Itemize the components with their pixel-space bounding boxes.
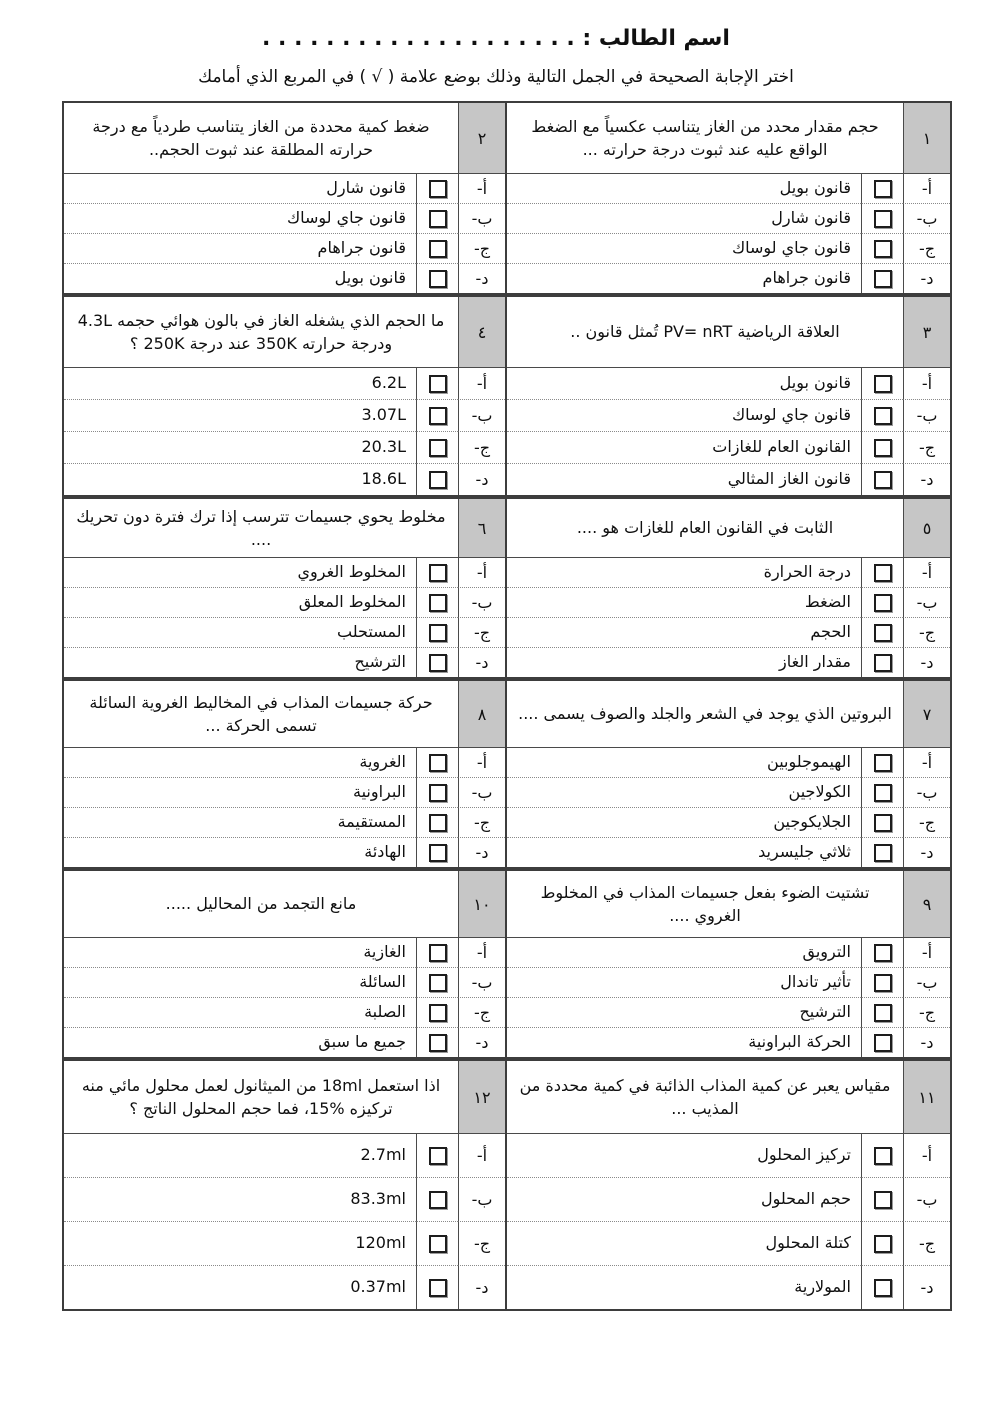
question-text: مقياس يعبر عن كمية المذاب الذائبة في كمي… — [507, 1061, 903, 1134]
option-letter: د- — [903, 837, 950, 867]
checkbox-cell — [416, 967, 458, 997]
option-letter: د- — [458, 463, 505, 495]
option-text: الترويق — [507, 938, 861, 967]
option-row: ب- البراونية — [64, 777, 505, 807]
option-text: 3.07L — [64, 399, 416, 431]
question-header-row: ١١ مقياس يعبر عن كمية المذاب الذائبة في … — [507, 1061, 950, 1134]
option-letter: أ- — [458, 938, 505, 967]
answer-checkbox[interactable] — [429, 944, 447, 962]
checkbox-cell — [861, 203, 903, 233]
option-row: أ- الترويق — [507, 938, 950, 967]
answer-checkbox[interactable] — [874, 1147, 892, 1165]
answer-checkbox[interactable] — [874, 180, 892, 198]
checkbox-cell — [861, 558, 903, 587]
option-text: كتلة المحلول — [507, 1221, 861, 1265]
option-row: أ- المخلوط الغروي — [64, 558, 505, 587]
question-header-row: ٨ حركة جسيمات المذاب في المخاليط الغروية… — [64, 681, 505, 748]
question-number: ٢ — [458, 103, 505, 174]
question-text: الثابت في القانون العام للغازات هو .... — [507, 499, 903, 558]
answer-checkbox[interactable] — [429, 594, 447, 612]
option-letter: ب- — [903, 1177, 950, 1221]
answer-checkbox[interactable] — [874, 1279, 892, 1297]
option-text: الغازية — [64, 938, 416, 967]
option-row: ب- الكولاجين — [507, 777, 950, 807]
option-letter: د- — [458, 837, 505, 867]
option-row: د- قانون بويل — [64, 263, 505, 293]
option-text: درجة الحرارة — [507, 558, 861, 587]
option-text: قانون بويل — [507, 368, 861, 399]
option-row: ج- 20.3L — [64, 431, 505, 463]
answer-checkbox[interactable] — [874, 974, 892, 992]
option-row: ج- الجلايكوجين — [507, 807, 950, 837]
instruction-text: اختر الإجابة الصحيحة في الجمل التالية وذ… — [0, 67, 992, 87]
question-header-row: ٥ الثابت في القانون العام للغازات هو ...… — [507, 499, 950, 558]
answer-checkbox[interactable] — [429, 784, 447, 802]
option-letter: ب- — [903, 777, 950, 807]
answer-checkbox[interactable] — [429, 754, 447, 772]
answer-checkbox[interactable] — [874, 844, 892, 862]
checkbox-cell — [861, 1221, 903, 1265]
checkbox-cell — [861, 174, 903, 203]
option-row: د- 0.37ml — [64, 1265, 505, 1309]
option-text: تأثير تاندال — [507, 967, 861, 997]
answer-checkbox[interactable] — [429, 1235, 447, 1253]
option-row: أ- الغازية — [64, 938, 505, 967]
option-row: ج- الصلبة — [64, 997, 505, 1027]
option-letter: د- — [458, 647, 505, 677]
checkbox-cell — [416, 997, 458, 1027]
option-letter: ب- — [903, 203, 950, 233]
checkbox-cell — [861, 617, 903, 647]
option-letter: ج- — [458, 1221, 505, 1265]
option-text: 120ml — [64, 1221, 416, 1265]
question-text: ضغط كمية محددة من الغاز يتناسب طردياً مع… — [64, 103, 458, 174]
question-header-row: ٧ البروتين الذي يوجد في الشعر والجلد وال… — [507, 681, 950, 748]
question-text: تشتيت الضوء بفعل جسيمات المذاب في المخلو… — [507, 871, 903, 938]
option-row: ج- قانون جراهام — [64, 233, 505, 263]
checkbox-cell — [416, 748, 458, 777]
option-row: أ- تركيز المحلول — [507, 1134, 950, 1177]
option-row: د- 18.6L — [64, 463, 505, 495]
option-letter: ج- — [903, 617, 950, 647]
question-number: ٩ — [903, 871, 950, 938]
question-block-2: ٢ ضغط كمية محددة من الغاز يتناسب طردياً … — [62, 101, 506, 295]
question-block-9: ٩ تشتيت الضوء بفعل جسيمات المذاب في المخ… — [506, 869, 952, 1059]
option-letter: ج- — [903, 807, 950, 837]
option-row: ج- كتلة المحلول — [507, 1221, 950, 1265]
option-text: الضغط — [507, 587, 861, 617]
answer-checkbox[interactable] — [874, 375, 892, 393]
option-text: المخلوط الغروي — [64, 558, 416, 587]
checkbox-cell — [861, 807, 903, 837]
checkbox-cell — [416, 368, 458, 399]
option-text: قانون بويل — [64, 263, 416, 293]
option-text: البراونية — [64, 777, 416, 807]
answer-checkbox[interactable] — [874, 439, 892, 457]
answer-checkbox[interactable] — [429, 844, 447, 862]
checkbox-cell — [416, 1221, 458, 1265]
question-number: ٣ — [903, 297, 950, 368]
option-text: جميع ما سبق — [64, 1027, 416, 1057]
questions-table: ١ حجم مقدار محدد من الغاز يتناسب عكسياً … — [62, 101, 952, 1311]
question-header-row: ٤ ما الحجم الذي يشغله الغاز في بالون هوا… — [64, 297, 505, 368]
option-text: 18.6L — [64, 463, 416, 495]
question-text: حركة جسيمات المذاب في المخاليط الغروية ا… — [64, 681, 458, 748]
answer-checkbox[interactable] — [429, 814, 447, 832]
question-block-7: ٧ البروتين الذي يوجد في الشعر والجلد وال… — [506, 679, 952, 869]
option-text: حجم المحلول — [507, 1177, 861, 1221]
answer-checkbox[interactable] — [429, 1191, 447, 1209]
option-row: ب- قانون شارل — [507, 203, 950, 233]
option-row: د- مقدار الغاز — [507, 647, 950, 677]
answer-checkbox[interactable] — [429, 375, 447, 393]
option-row: ج- 120ml — [64, 1221, 505, 1265]
option-letter: أ- — [903, 368, 950, 399]
option-letter: أ- — [903, 748, 950, 777]
option-letter: د- — [458, 1027, 505, 1057]
option-row: ب- 83.3ml — [64, 1177, 505, 1221]
option-letter: ج- — [458, 997, 505, 1027]
answer-checkbox[interactable] — [429, 564, 447, 582]
answer-checkbox[interactable] — [874, 1004, 892, 1022]
answer-checkbox[interactable] — [429, 624, 447, 642]
checkbox-cell — [861, 263, 903, 293]
option-text: الجلايكوجين — [507, 807, 861, 837]
question-header-row: ١٠ مانع التجمد من المحاليل ..... — [64, 871, 505, 938]
checkbox-cell — [861, 748, 903, 777]
checkbox-cell — [416, 1177, 458, 1221]
option-row: ج- المستقيمة — [64, 807, 505, 837]
option-row: د- جميع ما سبق — [64, 1027, 505, 1057]
option-letter: د- — [903, 1027, 950, 1057]
checkbox-cell — [861, 431, 903, 463]
checkbox-cell — [416, 399, 458, 431]
option-row: أ- قانون بويل — [507, 174, 950, 203]
option-letter: ب- — [458, 399, 505, 431]
question-block-6: ٦ مخلوط يحوي جسيمات تترسب إذا ترك فترة د… — [62, 497, 506, 679]
option-letter: ج- — [458, 617, 505, 647]
option-text: الحركة البراونية — [507, 1027, 861, 1057]
answer-checkbox[interactable] — [874, 754, 892, 772]
question-number: ١٠ — [458, 871, 505, 938]
option-text: المستحلب — [64, 617, 416, 647]
option-row: د- قانون الغاز المثالي — [507, 463, 950, 495]
option-letter: أ- — [903, 174, 950, 203]
option-row: ج- الترشيح — [507, 997, 950, 1027]
question-block-3: ٣ العلاقة الرياضية PV= nRT تُمثل قانون .… — [506, 295, 952, 497]
question-text: البروتين الذي يوجد في الشعر والجلد والصو… — [507, 681, 903, 748]
question-number: ١ — [903, 103, 950, 174]
option-text: قانون شارل — [64, 174, 416, 203]
answer-checkbox[interactable] — [874, 784, 892, 802]
option-row: ب- الضغط — [507, 587, 950, 617]
answer-checkbox[interactable] — [874, 270, 892, 288]
question-header-row: ١٢ اذا استعمل 18ml من الميثانول لعمل محل… — [64, 1061, 505, 1134]
question-number: ٤ — [458, 297, 505, 368]
option-row: ج- المستحلب — [64, 617, 505, 647]
answer-checkbox[interactable] — [429, 439, 447, 457]
option-row: د- الترشيح — [64, 647, 505, 677]
answer-checkbox[interactable] — [429, 1034, 447, 1052]
option-letter: ج- — [458, 431, 505, 463]
question-block-11: ١١ مقياس يعبر عن كمية المذاب الذائبة في … — [506, 1059, 952, 1311]
answer-checkbox[interactable] — [874, 1034, 892, 1052]
checkbox-cell — [861, 997, 903, 1027]
checkbox-cell — [416, 647, 458, 677]
option-letter: ب- — [903, 967, 950, 997]
option-letter: أ- — [903, 1134, 950, 1177]
checkbox-cell — [861, 587, 903, 617]
option-text: الصلبة — [64, 997, 416, 1027]
option-text: قانون جراهام — [507, 263, 861, 293]
option-text: مقدار الغاز — [507, 647, 861, 677]
question-text: اذا استعمل 18ml من الميثانول لعمل محلول … — [64, 1061, 458, 1134]
answer-checkbox[interactable] — [429, 407, 447, 425]
checkbox-cell — [861, 368, 903, 399]
option-row: ب- قانون جاي لوساك — [507, 399, 950, 431]
option-letter: أ- — [903, 558, 950, 587]
option-text: قانون جراهام — [64, 233, 416, 263]
option-letter: ب- — [903, 587, 950, 617]
checkbox-cell — [861, 233, 903, 263]
checkbox-cell — [861, 938, 903, 967]
option-row: ب- تأثير تاندال — [507, 967, 950, 997]
checkbox-cell — [416, 174, 458, 203]
option-letter: ب- — [458, 1177, 505, 1221]
option-letter: أ- — [458, 368, 505, 399]
option-text: المولارية — [507, 1265, 861, 1309]
option-text: تركيز المحلول — [507, 1134, 861, 1177]
answer-checkbox[interactable] — [429, 654, 447, 672]
option-letter: د- — [458, 263, 505, 293]
answer-checkbox[interactable] — [874, 1235, 892, 1253]
checkbox-cell — [861, 1265, 903, 1309]
question-header-row: ١ حجم مقدار محدد من الغاز يتناسب عكسياً … — [507, 103, 950, 174]
question-number: ٥ — [903, 499, 950, 558]
option-letter: ج- — [903, 997, 950, 1027]
checkbox-cell — [861, 647, 903, 677]
question-header-row: ٦ مخلوط يحوي جسيمات تترسب إذا ترك فترة د… — [64, 499, 505, 558]
option-row: ج- قانون جاي لوساك — [507, 233, 950, 263]
option-text: 0.37ml — [64, 1265, 416, 1309]
option-text: قانون شارل — [507, 203, 861, 233]
option-text: 20.3L — [64, 431, 416, 463]
question-header-row: ٩ تشتيت الضوء بفعل جسيمات المذاب في المخ… — [507, 871, 950, 938]
question-block-5: ٥ الثابت في القانون العام للغازات هو ...… — [506, 497, 952, 679]
checkbox-cell — [416, 203, 458, 233]
checkbox-cell — [416, 777, 458, 807]
option-letter: أ- — [458, 1134, 505, 1177]
answer-checkbox[interactable] — [874, 210, 892, 228]
option-text: الهيموجلوبين — [507, 748, 861, 777]
option-letter: أ- — [458, 748, 505, 777]
question-text: مانع التجمد من المحاليل ..... — [64, 871, 458, 938]
checkbox-cell — [416, 617, 458, 647]
checkbox-cell — [416, 431, 458, 463]
checkbox-cell — [861, 1177, 903, 1221]
option-row: د- المولارية — [507, 1265, 950, 1309]
option-text: قانون جاي لوساك — [64, 203, 416, 233]
checkbox-cell — [416, 558, 458, 587]
question-number: ٦ — [458, 499, 505, 558]
option-letter: ج- — [903, 233, 950, 263]
option-text: الكولاجين — [507, 777, 861, 807]
checkbox-cell — [416, 807, 458, 837]
question-text: ما الحجم الذي يشغله الغاز في بالون هوائي… — [64, 297, 458, 368]
question-text: العلاقة الرياضية PV= nRT تُمثل قانون .. — [507, 297, 903, 368]
checkbox-cell — [416, 837, 458, 867]
option-text: قانون جاي لوساك — [507, 399, 861, 431]
option-letter: د- — [903, 463, 950, 495]
checkbox-cell — [416, 233, 458, 263]
option-text: الهادئة — [64, 837, 416, 867]
option-row: ب- 3.07L — [64, 399, 505, 431]
option-text: قانون الغاز المثالي — [507, 463, 861, 495]
question-header-row: ٣ العلاقة الرياضية PV= nRT تُمثل قانون .… — [507, 297, 950, 368]
question-block-8: ٨ حركة جسيمات المذاب في المخاليط الغروية… — [62, 679, 506, 869]
question-block-10: ١٠ مانع التجمد من المحاليل ..... أ- الغا… — [62, 869, 506, 1059]
option-text: الحجم — [507, 617, 861, 647]
question-number: ٨ — [458, 681, 505, 748]
option-text: 2.7ml — [64, 1134, 416, 1177]
answer-checkbox[interactable] — [874, 624, 892, 642]
option-row: ج- الحجم — [507, 617, 950, 647]
option-text: المستقيمة — [64, 807, 416, 837]
option-letter: ب- — [458, 203, 505, 233]
option-letter: أ- — [458, 558, 505, 587]
option-letter: أ- — [903, 938, 950, 967]
answer-checkbox[interactable] — [874, 594, 892, 612]
answer-checkbox[interactable] — [429, 1279, 447, 1297]
answer-checkbox[interactable] — [429, 180, 447, 198]
answer-checkbox[interactable] — [874, 240, 892, 258]
option-letter: ب- — [458, 777, 505, 807]
answer-checkbox[interactable] — [429, 240, 447, 258]
option-text: السائلة — [64, 967, 416, 997]
option-letter: د- — [458, 1265, 505, 1309]
option-row: أ- الهيموجلوبين — [507, 748, 950, 777]
option-row: أ- 2.7ml — [64, 1134, 505, 1177]
answer-checkbox[interactable] — [429, 1147, 447, 1165]
option-text: 83.3ml — [64, 1177, 416, 1221]
option-letter: د- — [903, 1265, 950, 1309]
option-letter: ج- — [903, 1221, 950, 1265]
answer-checkbox[interactable] — [429, 471, 447, 489]
answer-checkbox[interactable] — [874, 814, 892, 832]
checkbox-cell — [416, 587, 458, 617]
answer-checkbox[interactable] — [874, 944, 892, 962]
option-row: أ- الغروية — [64, 748, 505, 777]
option-row: ب- حجم المحلول — [507, 1177, 950, 1221]
option-text: قانون جاي لوساك — [507, 233, 861, 263]
checkbox-cell — [861, 777, 903, 807]
option-row: د- قانون جراهام — [507, 263, 950, 293]
option-letter: ج- — [903, 431, 950, 463]
option-row: أ- درجة الحرارة — [507, 558, 950, 587]
option-text: 6.2L — [64, 368, 416, 399]
answer-checkbox[interactable] — [874, 471, 892, 489]
question-block-12: ١٢ اذا استعمل 18ml من الميثانول لعمل محل… — [62, 1059, 506, 1311]
answer-checkbox[interactable] — [429, 1004, 447, 1022]
question-text: حجم مقدار محدد من الغاز يتناسب عكسياً مع… — [507, 103, 903, 174]
checkbox-cell — [416, 1134, 458, 1177]
option-letter: ج- — [458, 807, 505, 837]
answer-checkbox[interactable] — [429, 210, 447, 228]
question-header-row: ٢ ضغط كمية محددة من الغاز يتناسب طردياً … — [64, 103, 505, 174]
option-letter: د- — [903, 263, 950, 293]
answer-checkbox[interactable] — [874, 654, 892, 672]
option-text: الترشيح — [64, 647, 416, 677]
checkbox-cell — [416, 1265, 458, 1309]
question-text: مخلوط يحوي جسيمات تترسب إذا ترك فترة دون… — [64, 499, 458, 558]
option-letter: ب- — [458, 587, 505, 617]
question-number: ١١ — [903, 1061, 950, 1134]
option-text: القانون العام للغازات — [507, 431, 861, 463]
option-letter: أ- — [458, 174, 505, 203]
answer-checkbox[interactable] — [429, 270, 447, 288]
option-text: ثلاثي جليسريد — [507, 837, 861, 867]
answer-checkbox[interactable] — [874, 407, 892, 425]
option-row: د- الهادئة — [64, 837, 505, 867]
option-text: قانون بويل — [507, 174, 861, 203]
checkbox-cell — [861, 837, 903, 867]
exam-page: اسم الطالب : . . . . . . . . . . . . . .… — [0, 0, 992, 1403]
question-number: ٧ — [903, 681, 950, 748]
option-letter: ب- — [458, 967, 505, 997]
question-block-1: ١ حجم مقدار محدد من الغاز يتناسب عكسياً … — [506, 101, 952, 295]
checkbox-cell — [416, 1027, 458, 1057]
option-row: أ- 6.2L — [64, 368, 505, 399]
option-row: ب- السائلة — [64, 967, 505, 997]
checkbox-cell — [416, 463, 458, 495]
option-letter: ج- — [458, 233, 505, 263]
checkbox-cell — [416, 263, 458, 293]
answer-checkbox[interactable] — [429, 974, 447, 992]
option-row: أ- قانون بويل — [507, 368, 950, 399]
checkbox-cell — [861, 399, 903, 431]
option-text: المخلوط المعلق — [64, 587, 416, 617]
option-row: ج- القانون العام للغازات — [507, 431, 950, 463]
checkbox-cell — [861, 967, 903, 997]
answer-checkbox[interactable] — [874, 564, 892, 582]
option-row: أ- قانون شارل — [64, 174, 505, 203]
option-row: ب- قانون جاي لوساك — [64, 203, 505, 233]
question-number: ١٢ — [458, 1061, 505, 1134]
student-name-line: اسم الطالب : . . . . . . . . . . . . . .… — [0, 0, 992, 51]
option-text: الترشيح — [507, 997, 861, 1027]
answer-checkbox[interactable] — [874, 1191, 892, 1209]
option-text: الغروية — [64, 748, 416, 777]
checkbox-cell — [861, 1027, 903, 1057]
option-row: د- ثلاثي جليسريد — [507, 837, 950, 867]
option-row: د- الحركة البراونية — [507, 1027, 950, 1057]
option-letter: ب- — [903, 399, 950, 431]
checkbox-cell — [861, 463, 903, 495]
question-block-4: ٤ ما الحجم الذي يشغله الغاز في بالون هوا… — [62, 295, 506, 497]
option-row: ب- المخلوط المعلق — [64, 587, 505, 617]
checkbox-cell — [861, 1134, 903, 1177]
checkbox-cell — [416, 938, 458, 967]
option-letter: د- — [903, 647, 950, 677]
